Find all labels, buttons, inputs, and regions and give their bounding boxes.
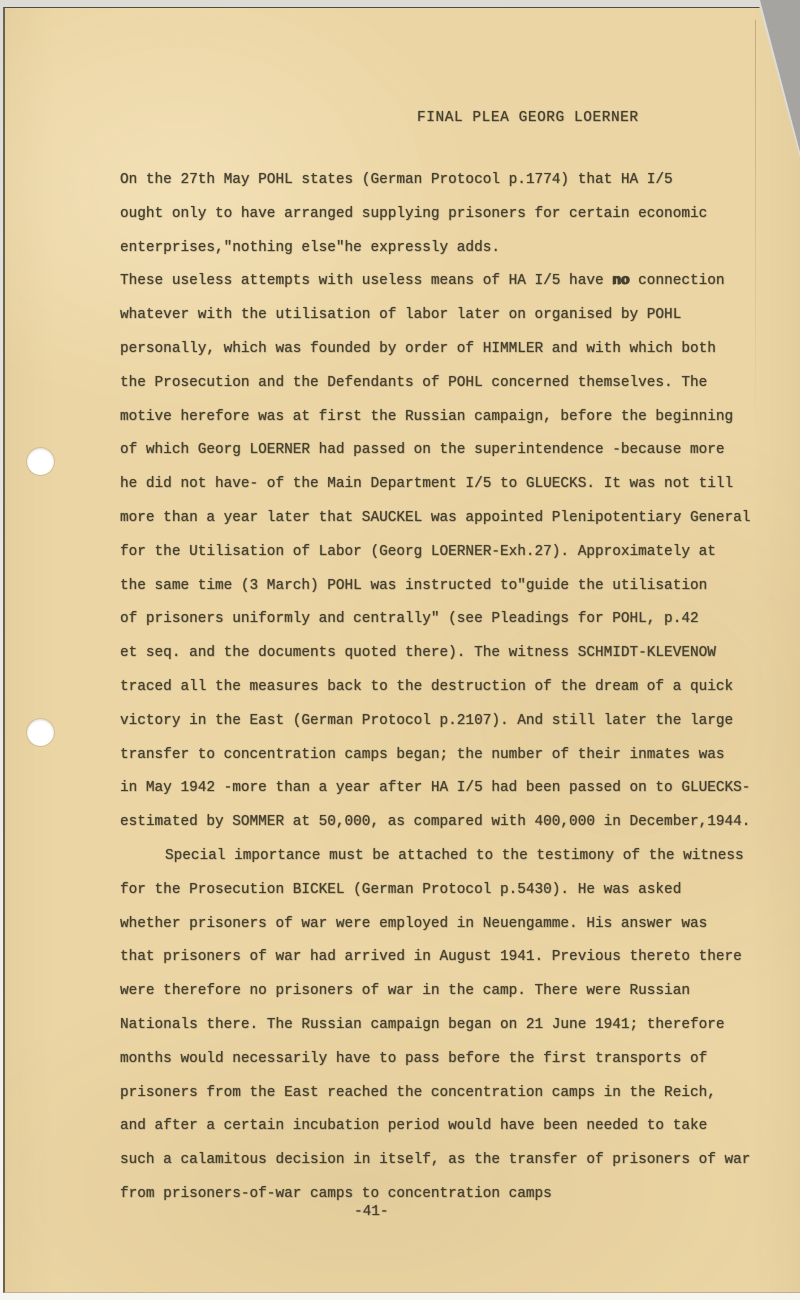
text-line: whatever with the utilisation of labor l… [120,299,750,333]
document-title: FINAL PLEA GEORG LOERNER [417,110,639,126]
text-line: such a calamitous decision in itself, as… [120,1144,750,1178]
text-line: prisoners from the East reached the conc… [120,1077,750,1111]
text-line: months would necessarily have to pass be… [120,1043,750,1077]
text-line: and after a certain incubation period wo… [120,1110,750,1144]
text-line: for the Utilisation of Labor (Georg LOER… [120,536,750,570]
overstruck-word: no [612,273,629,289]
text-line: transfer to concentration camps began; t… [120,739,750,773]
paper-crease [755,20,756,440]
text-line: estimated by SOMMER at 50,000, as compar… [120,806,750,840]
page-number: -41- [354,1204,389,1220]
text-line: for the Prosecution BICKEL (German Proto… [120,874,750,908]
text-line: traced all the measures back to the dest… [120,671,750,705]
text-line: These useless attempts with useless mean… [120,265,750,299]
text-line: motive herefore was at first the Russian… [120,401,750,435]
hole-punch-bottom [27,719,54,746]
text-line: the same time (3 March) POHL was instruc… [120,570,750,604]
text-line: the Prosecution and the Defendants of PO… [120,367,750,401]
text-line: were therefore no prisoners of war in th… [120,975,750,1009]
text-line: personally, which was founded by order o… [120,333,750,367]
text-line: victory in the East (German Protocol p.2… [120,705,750,739]
text-line: Special importance must be attached to t… [120,840,750,874]
text-line: whether prisoners of war were employed i… [120,908,750,942]
text-segment: These useless attempts with useless mean… [120,273,612,289]
text-line: that prisoners of war had arrived in Aug… [120,941,750,975]
document-body: On the 27th May POHL states (German Prot… [120,164,750,1212]
text-line: from prisoners-of-war camps to concentra… [120,1178,750,1212]
text-line: enterprises,"nothing else"he expressly a… [120,232,750,266]
text-line: Nationals there. The Russian campaign be… [120,1009,750,1043]
text-line: in May 1942 -more than a year after HA I… [120,772,750,806]
text-line: ought only to have arranged supplying pr… [120,198,750,232]
text-line: of which Georg LOERNER had passed on the… [120,434,750,468]
text-line: On the 27th May POHL states (German Prot… [120,164,750,198]
text-line: of prisoners uniformly and centrally" (s… [120,603,750,637]
text-line: more than a year later that SAUCKEL was … [120,502,750,536]
text-segment: connection [630,273,725,289]
text-line: et seq. and the documents quoted there).… [120,637,750,671]
text-line: he did not have- of the Main Department … [120,468,750,502]
scanned-document-page: FINAL PLEA GEORG LOERNER On the 27th May… [0,0,800,1300]
hole-punch-top [27,448,54,475]
